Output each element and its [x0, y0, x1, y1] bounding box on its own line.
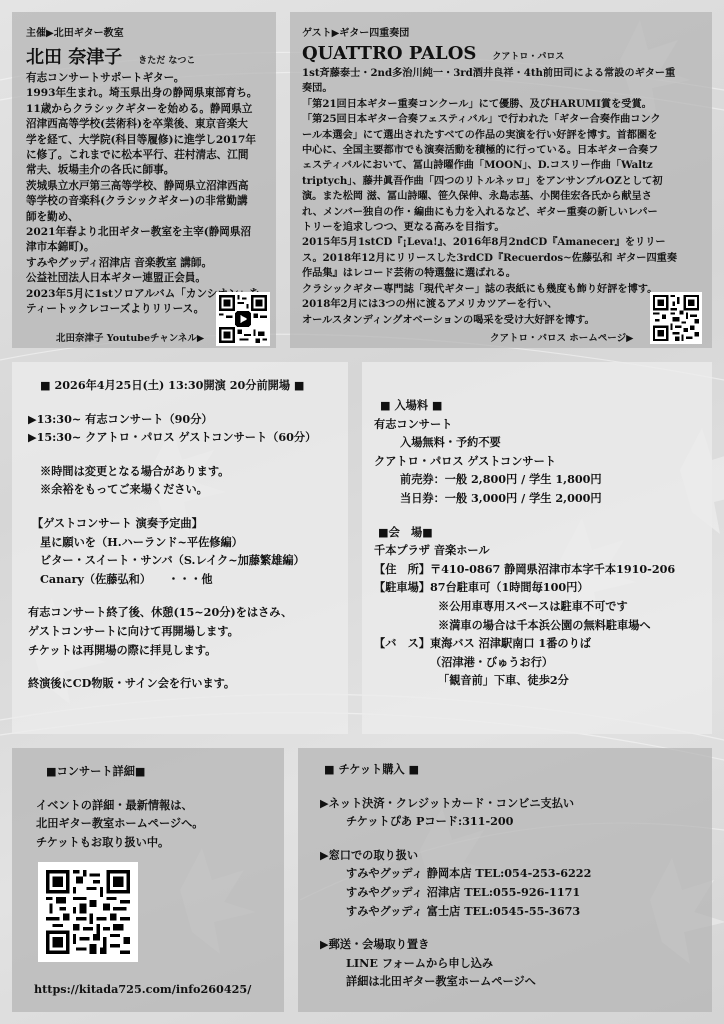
store-listing: すみやグッディ 静岡本店 TEL:054-253-6222 — [320, 864, 690, 883]
bio-line: 常夫、坂場圭介の各氏に師事。 — [26, 163, 262, 178]
bus-value: 東海バス 沼津駅南口 1番のりば — [430, 636, 591, 650]
venue-address: 【住 所】〒410-0867 静岡県沼津市本字千本1910-206 — [374, 560, 700, 579]
door-ticket-price: 当日券：一般 3,000円 / 学生 2,000円 — [374, 489, 700, 508]
bus-label: 【バ ス】 — [374, 636, 430, 650]
bio-line: クラシックギター専門誌「現代ギター」誌の表紙にも幾度も飾り好評を博す。 — [302, 282, 700, 297]
bio-line: 師を勤め、 — [26, 210, 262, 225]
bio-line: 公益社団法人日本ギター連盟正会員。 — [26, 271, 262, 286]
venue-parking: 【駐車場】87台駐車可（1時間毎100円） — [374, 578, 700, 597]
guest-label: ゲスト▶ギター四重奏団 — [302, 24, 700, 39]
parking-value: 87台駐車可（1時間毎100円） — [430, 580, 589, 594]
mail-heading: ▶郵送・会場取り置き — [320, 935, 690, 954]
ticket-purchase-panel: ■ チケット購入 ■ ▶ネット決済・クレジットカード・コンビニ支払い チケットぴ… — [298, 748, 712, 1012]
intermission-line: チケットは再開場の際に拝見します。 — [28, 641, 332, 660]
counter-heading: ▶窓口での取り扱い — [320, 846, 690, 865]
intermission-line: ゲストコンサートに向けて再開場します。 — [28, 622, 332, 641]
bio-line: 2021年春より北田ギター教室を主宰(静岡県沼 — [26, 225, 262, 240]
bio-line: 津市本錦町)。 — [26, 240, 262, 255]
bus-line: 「観音前」下車、徒歩2分 — [374, 671, 700, 690]
bio-line: 茨城県立水戸第三高等学校、静岡県立沼津西高 — [26, 179, 262, 194]
program-item: Canary（佐藤弘和） ・・・他 — [28, 570, 332, 589]
organizer-name-kana: きただ なつこ — [138, 56, 195, 66]
tickets-heading: ■ チケット購入 ■ — [320, 760, 690, 779]
venue-bus: 【バ ス】東海バス 沼津駅南口 1番のりば — [374, 634, 700, 653]
bio-line: 「第21回日本ギター重奏コンクール」にて優勝、及びHARUMI賞を受賞。 — [302, 97, 700, 112]
qr-code-homepage-icon[interactable] — [650, 292, 702, 344]
schedule-note: ※余裕をもってご来場ください。 — [28, 480, 332, 499]
admission-heading: ■ 入場料 ■ — [374, 396, 700, 415]
program-heading: 【ゲストコンサート 演奏予定曲】 — [28, 514, 332, 533]
bio-line: オールスタンディングオベーションの喝采を受け大好評を博す。 — [302, 313, 700, 328]
schedule-item: ▶15:30~ クアトロ・パロス ゲストコンサート（60分） — [28, 428, 332, 447]
guest-name-text: QUATTRO PALOS — [302, 43, 476, 64]
youtube-channel-link[interactable]: 北田奈津子 Youtubeチャンネル▶ — [56, 330, 204, 344]
program-item: ビター・スイート・サンバ（S.レイク~加藤繁雄編） — [28, 551, 332, 570]
store-listing: すみやグッディ 富士店 TEL:0545-55-3673 — [320, 902, 690, 921]
bio-line: 作品集』はレコード芸術の特選盤に選ばれる。 — [302, 266, 700, 281]
program-item: 星に願いを（H.ハーランド~平佐修編） — [28, 533, 332, 552]
quattro-palos-homepage-link[interactable]: クアトロ・パロス ホームページ▶ — [490, 330, 633, 344]
bio-line: ス。2018年12月にリリースした3rdCD『Recuerdos~佐藤弘和 ギタ… — [302, 251, 700, 266]
admission-venue-panel: ■ 入場料 ■ 有志コンサート 入場無料・予約不要 クアトロ・パロス ゲストコン… — [362, 362, 712, 734]
admission-concert2: クアトロ・パロス ゲストコンサート — [374, 452, 700, 471]
bio-line: 等学校の音楽科(クラシックギター)の非常勤講 — [26, 194, 262, 209]
guest-name: QUATTRO PALOSクアトロ・パロス — [302, 43, 700, 64]
details-line: イベントの詳細・最新情報は、 — [36, 796, 260, 815]
guest-panel: ゲスト▶ギター四重奏団 QUATTRO PALOSクアトロ・パロス 1st斉藤泰… — [290, 12, 712, 348]
bus-line: （沼津港・びゅうお行） — [374, 653, 700, 672]
address-value: 〒410-0867 静岡県沼津市本字千本1910-206 — [430, 562, 675, 576]
concert-details-panel: ■コンサート詳細■ イベントの詳細・最新情報は、 北田ギター教室ホームページへ。… — [12, 748, 284, 1012]
bio-line: 1st斉藤泰士・2nd多治川純一・3rd酒井良祥・4th前田司による常設のギター… — [302, 66, 700, 81]
admission-concert1: 有志コンサート — [374, 415, 700, 434]
organizer-label: 主催▶北田ギター教室 — [26, 24, 262, 39]
advance-ticket-price: 前売券：一般 2,800円 / 学生 1,800円 — [374, 470, 700, 489]
organizer-bio: 有志コンサートサポートギター。 1993年生まれ。埼玉県出身の静岡県東部育ち。 … — [26, 71, 262, 318]
guest-bio: 1st斉藤泰士・2nd多治川純一・3rd酒井良祥・4th前田司による常設のギター… — [302, 66, 700, 328]
admission-concert1-price: 入場無料・予約不要 — [374, 433, 700, 452]
bio-line: トリーを追求しつつ、更なる高みを目指す。 — [302, 220, 700, 235]
bio-line: 沼津西高等学校(芸術科)を卒業後、東京音楽大 — [26, 117, 262, 132]
bio-line: ール本選会」にて選出されたすべての作品の実演を行い好評を博す。首都圏を — [302, 128, 700, 143]
bio-line: triptych」、藤井眞吾作曲「四つのリトルネッロ」をアンサンブルOZとして初 — [302, 174, 700, 189]
bio-line: 1993年生まれ。埼玉県出身の静岡県東部育ち。 — [26, 86, 262, 101]
bio-line: 学を経て、大学院(科目等履修)に進学し2017年 — [26, 133, 262, 148]
bio-line: 演。また松岡 滋、冨山詩曜、笹久保伸、永島志基、小関佳宏各氏から献呈さ — [302, 189, 700, 204]
details-heading: ■コンサート詳細■ — [36, 762, 260, 781]
bio-line: に修了。これまでに松本平行、荘村清志、江間 — [26, 148, 262, 163]
bio-line: ェスティバルにおいて、冨山詩曜作曲「MOON」、D.コスリー作曲「Waltz — [302, 158, 700, 173]
intermission-line: 有志コンサート終了後、休憩(15~20分)をはさみ、 — [28, 603, 332, 622]
online-purchase-detail: チケットぴあ Pコード:311-200 — [320, 812, 690, 831]
bio-line: 「第25回日本ギター合奏フェスティバル」で行われた「ギター合奏作曲コンク — [302, 112, 700, 127]
details-url-link[interactable]: https://kitada725.com/info260425/ — [34, 980, 251, 999]
venue-heading: ■会 場■ — [374, 523, 700, 542]
schedule-note: ※時間は変更となる場合があります。 — [28, 462, 332, 481]
bio-line: 中心に、全国主要都市でも演奏活動を積極的に行っている。日本ギター合奏フ — [302, 143, 700, 158]
bio-line: 2018年2月には3つの州に渡るアメリカツアーを行い、 — [302, 297, 700, 312]
organizer-name-text: 北田 奈津子 — [26, 47, 122, 68]
mail-line: LINE フォームから申し込み — [320, 954, 690, 973]
bio-line: 2015年5月1stCD『¡Leva!』、2016年8月2ndCD『Amanec… — [302, 235, 700, 250]
details-line: チケットもお取り扱い中。 — [36, 833, 260, 852]
details-line: 北田ギター教室ホームページへ。 — [36, 814, 260, 833]
bio-line: すみやグッディ沼津店 音楽教室 講師。 — [26, 256, 262, 271]
parking-note: ※満車の場合は千本浜公園の無料駐車場へ — [374, 616, 700, 635]
store-listing: すみやグッディ 沼津店 TEL:055-926-1171 — [320, 883, 690, 902]
online-purchase-heading: ▶ネット決済・クレジットカード・コンビニ支払い — [320, 794, 690, 813]
schedule-item: ▶13:30~ 有志コンサート（90分） — [28, 410, 332, 429]
closing-note: 終演後にCD物販・サイン会を行います。 — [28, 674, 332, 693]
event-date-heading: ■ 2026年4月25日(土) 13:30開演 20分前開場 ■ — [28, 376, 332, 395]
qr-code-youtube-icon[interactable] — [216, 292, 270, 346]
guest-name-kana: クアトロ・パロス — [492, 52, 564, 62]
organizer-name: 北田 奈津子きただ なつこ — [26, 43, 262, 69]
bio-line: 奏団。 — [302, 81, 700, 96]
address-label: 【住 所】 — [374, 562, 430, 576]
venue-name: 千本プラザ 音楽ホール — [374, 541, 700, 560]
organizer-panel: 主催▶北田ギター教室 北田 奈津子きただ なつこ 有志コンサートサポートギター。… — [12, 12, 276, 348]
schedule-panel: ■ 2026年4月25日(土) 13:30開演 20分前開場 ■ ▶13:30~… — [12, 362, 348, 734]
qr-code-info-icon[interactable] — [38, 862, 138, 962]
bio-line: れ、メンバー独自の作・編曲にも力を入れるなど、ギター重奏の新しいレパー — [302, 205, 700, 220]
parking-note: ※公用車専用スペースは駐車不可です — [374, 597, 700, 616]
mail-line: 詳細は北田ギター教室ホームページへ — [320, 972, 690, 991]
bio-line: 有志コンサートサポートギター。 — [26, 71, 262, 86]
bio-line: 11歳からクラシックギターを始める。静岡県立 — [26, 102, 262, 117]
parking-label: 【駐車場】 — [374, 580, 430, 594]
